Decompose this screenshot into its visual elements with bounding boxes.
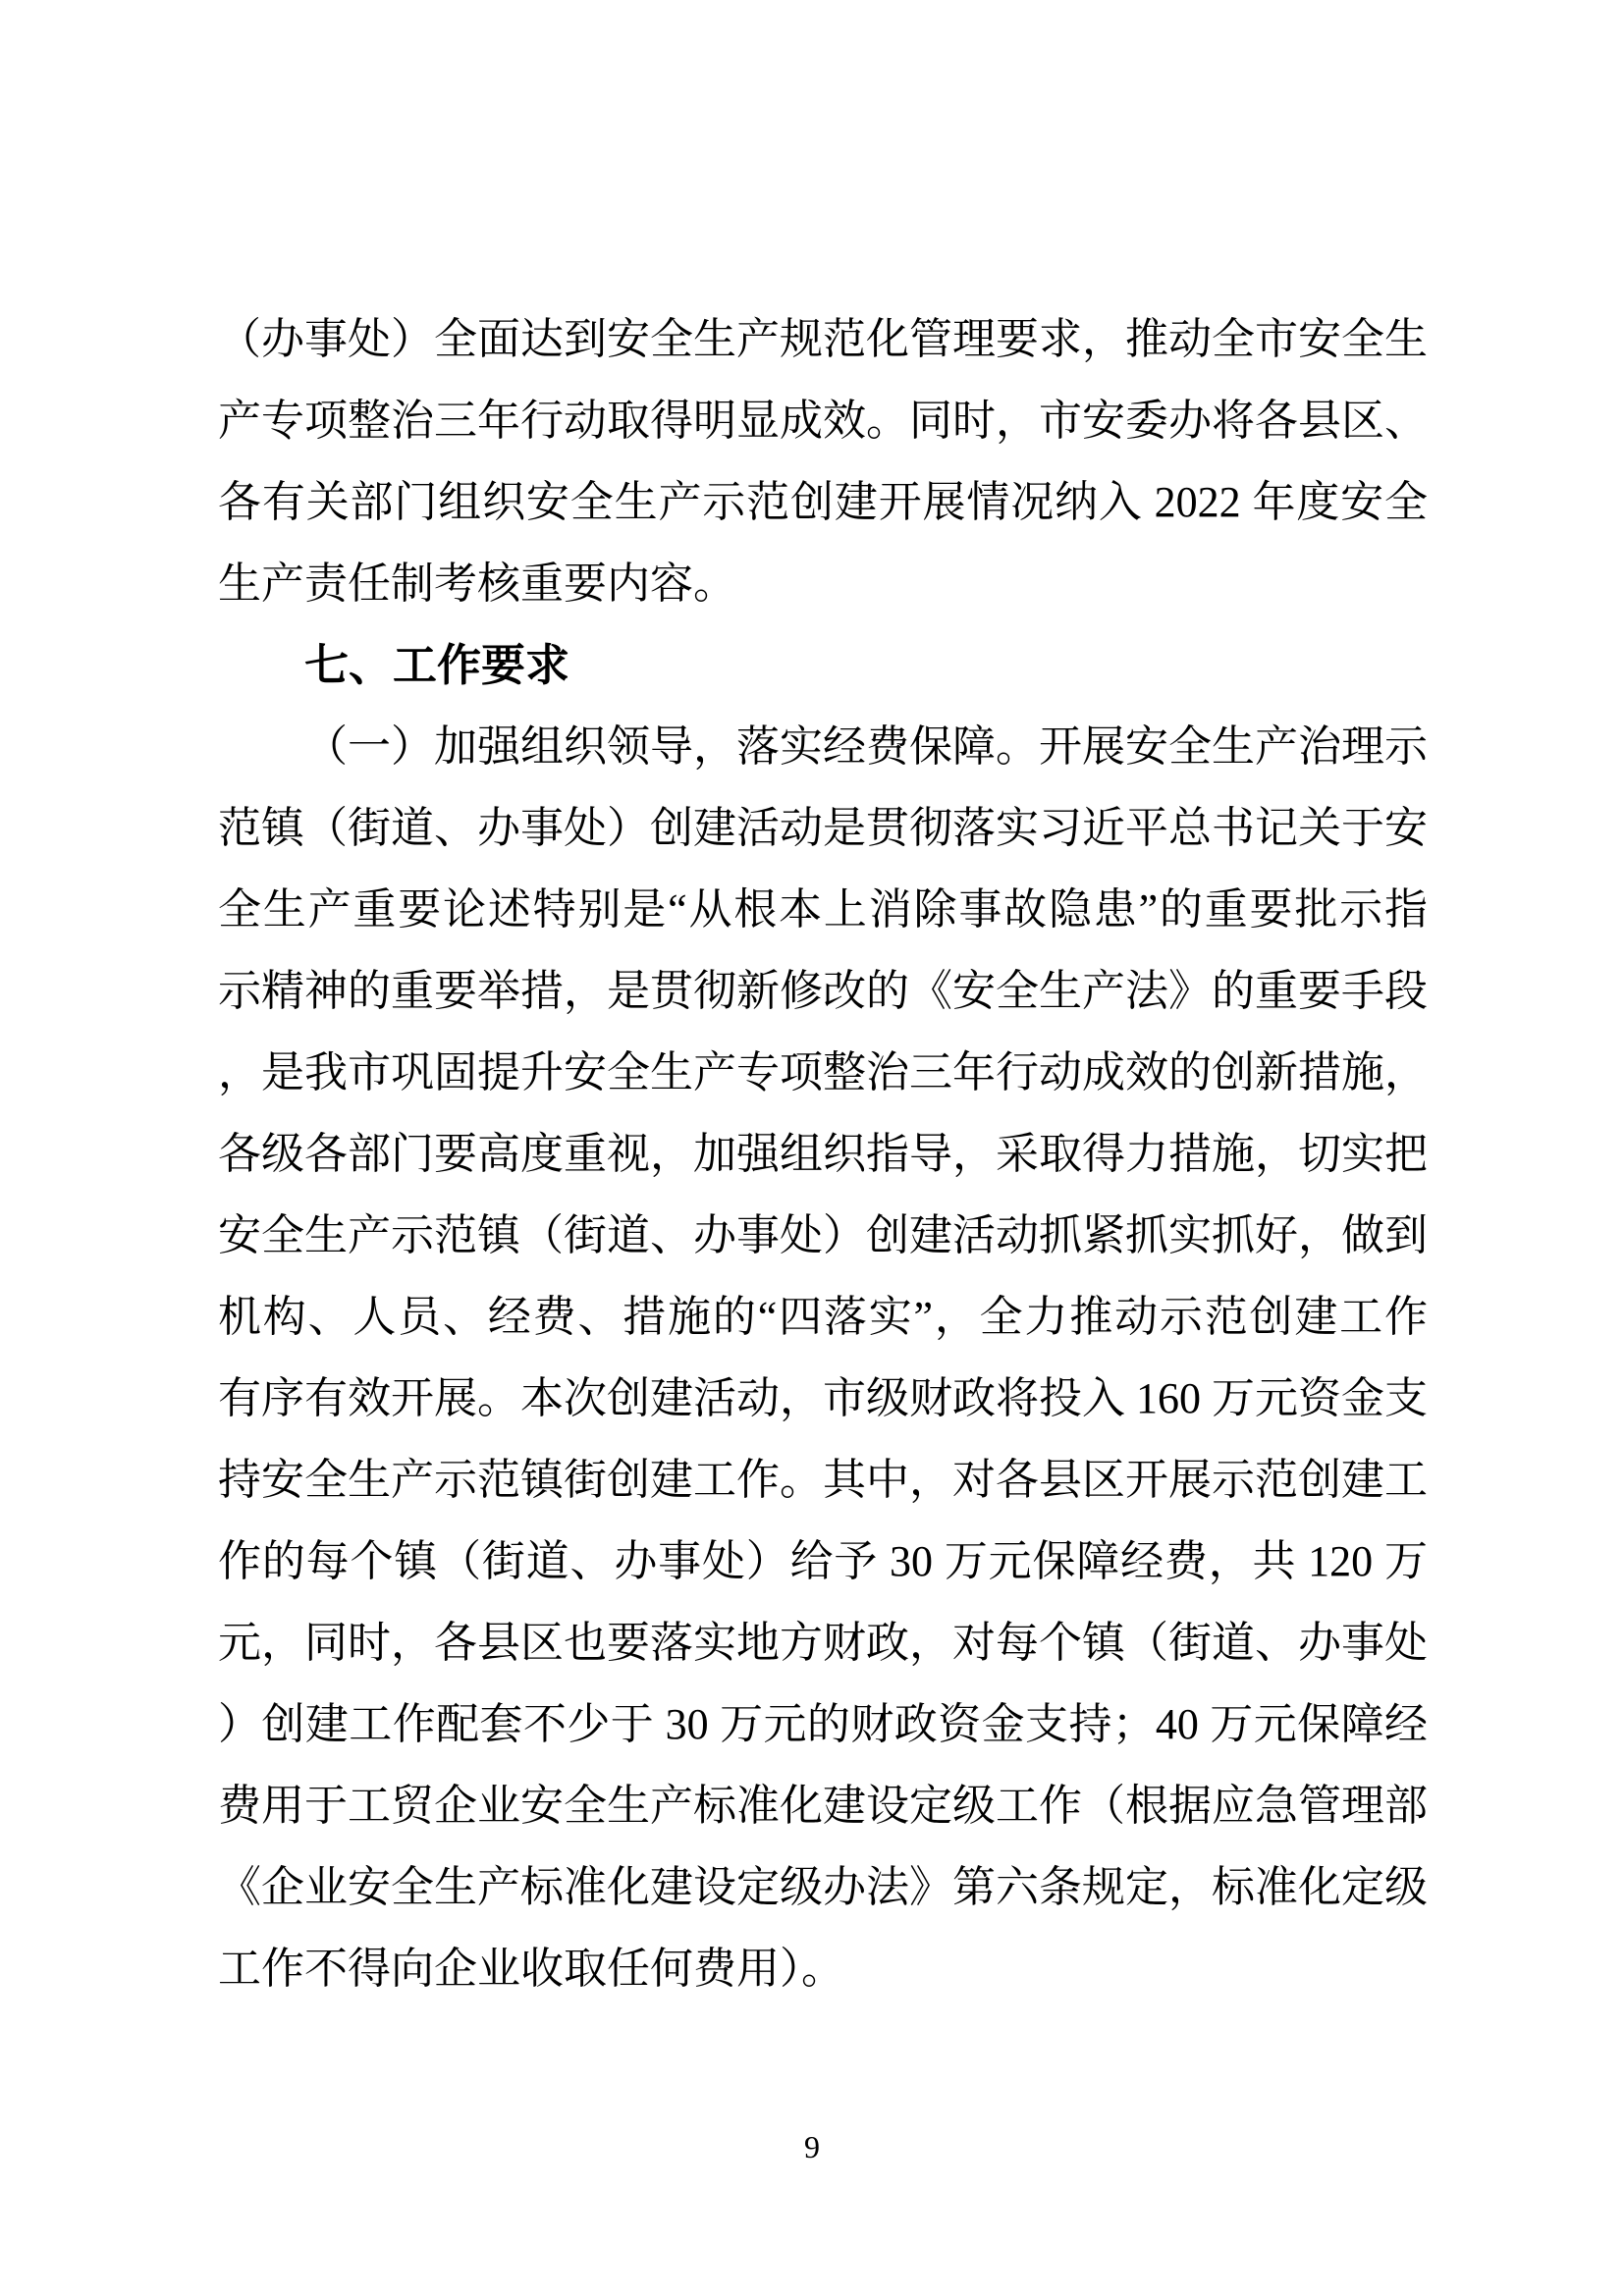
- page-number: 9: [0, 2127, 1624, 2166]
- text-line: 示精神的重要举措，是贯彻新修改的《安全生产法》的重要手段: [218, 950, 1428, 1032]
- text-line: 机构、人员、经费、措施的“四落实”，全力推动示范创建工作: [218, 1276, 1428, 1358]
- text-line: 工作不得向企业收取任何费用）。: [218, 1928, 1428, 2009]
- text-line: 范镇（街道、办事处）创建活动是贯彻落实习近平总书记关于安: [218, 787, 1428, 869]
- text-line: 元，同时，各县区也要落实地方财政，对每个镇（街道、办事处: [218, 1602, 1428, 1683]
- text-line: （一）加强组织领导，落实经费保障。开展安全生产治理示: [218, 706, 1428, 787]
- document-page: （办事处）全面达到安全生产规范化管理要求，推动全市安全生 产专项整治三年行动取得…: [0, 0, 1624, 2296]
- text-line: 生产责任制考核重要内容。: [218, 543, 1428, 624]
- text-line: ）创建工作配套不少于 30 万元的财政资金支持；40 万元保障经: [218, 1683, 1428, 1765]
- text-line: 产专项整治三年行动取得明显成效。同时，市安委办将各县区、: [218, 380, 1428, 461]
- text-line: （办事处）全面达到安全生产规范化管理要求，推动全市安全生: [218, 298, 1428, 380]
- text-line: 有序有效开展。本次创建活动，市级财政将投入 160 万元资金支: [218, 1358, 1428, 1439]
- text-line: 全生产重要论述特别是“从根本上消除事故隐患”的重要批示指: [218, 869, 1428, 950]
- text-line: 《企业安全生产标准化建设定级办法》第六条规定，标准化定级: [218, 1846, 1428, 1928]
- text-line: 各有关部门组织安全生产示范创建开展情况纳入 2022 年度安全: [218, 461, 1428, 543]
- text-line: 各级各部门要高度重视，加强组织指导，采取得力措施，切实把: [218, 1113, 1428, 1195]
- text-line: 安全生产示范镇（街道、办事处）创建活动抓紧抓实抓好，做到: [218, 1195, 1428, 1276]
- text-block: （办事处）全面达到安全生产规范化管理要求，推动全市安全生 产专项整治三年行动取得…: [218, 298, 1428, 2009]
- text-line: 费用于工贸企业安全生产标准化建设定级工作（根据应急管理部: [218, 1765, 1428, 1846]
- text-line: ，是我市巩固提升安全生产专项整治三年行动成效的创新措施，: [218, 1032, 1428, 1113]
- text-line: 作的每个镇（街道、办事处）给予 30 万元保障经费，共 120 万: [218, 1521, 1428, 1602]
- section-heading: 七、工作要求: [218, 624, 1428, 706]
- text-line: 持安全生产示范镇街创建工作。其中，对各县区开展示范创建工: [218, 1439, 1428, 1521]
